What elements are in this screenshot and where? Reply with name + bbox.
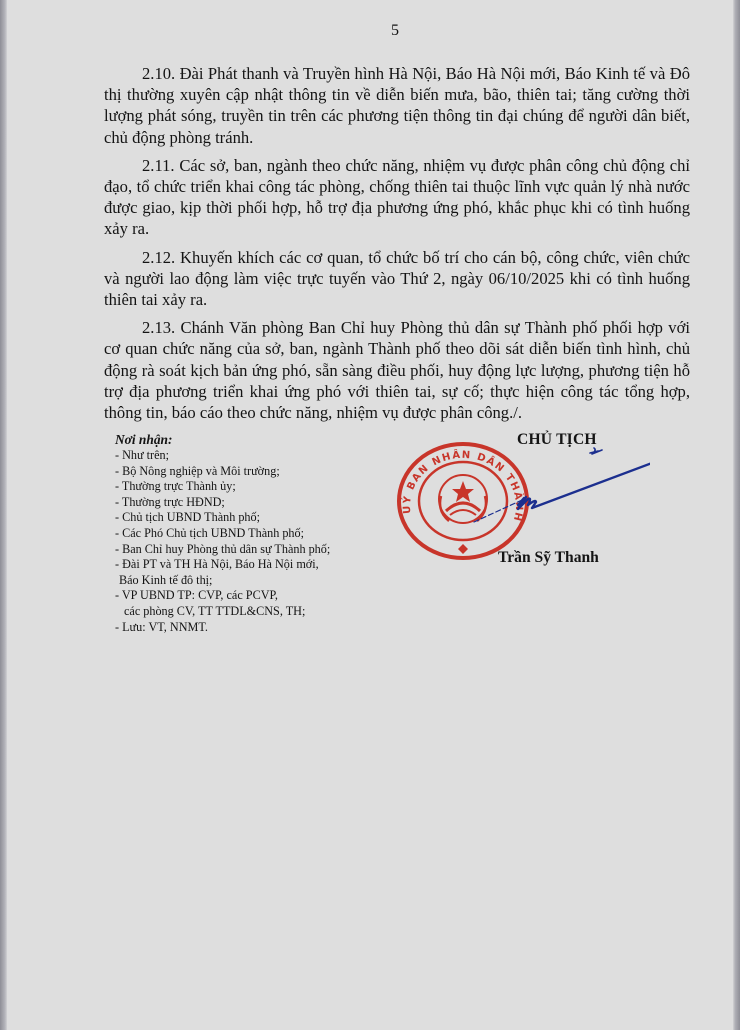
recipient-item: - Đài PT và TH Hà Nội, Báo Hà Nội mới, <box>115 557 385 573</box>
recipient-item: - Ban Chỉ huy Phòng thủ dân sự Thành phố… <box>115 542 385 558</box>
recipients-list: Nơi nhận: - Như trên; - Bộ Nông nghiệp v… <box>115 432 385 635</box>
recipient-item: - Chủ tịch UBND Thành phố; <box>115 510 385 526</box>
document-body: 2.10. Đài Phát thanh và Truyền hình Hà N… <box>104 63 690 430</box>
page-number: 5 <box>0 22 740 40</box>
recipient-item: - Lưu: VT, NNMT. <box>115 620 385 636</box>
page-edge-left <box>0 0 7 1030</box>
paragraph-2-11: 2.11. Các sở, ban, ngành theo chức năng,… <box>104 155 690 240</box>
paragraph-2-13: 2.13. Chánh Văn phòng Ban Chỉ huy Phòng … <box>104 317 690 423</box>
recipient-item-continued: các phòng CV, TT TTDL&CNS, TH; <box>115 604 385 620</box>
recipient-item-continued: Báo Kinh tế đô thị; <box>115 573 385 589</box>
signer-name: Trần Sỹ Thanh <box>498 549 599 567</box>
paragraph-2-12: 2.12. Khuyến khích các cơ quan, tổ chức … <box>104 247 690 311</box>
recipient-item: - Các Phó Chủ tịch UBND Thành phố; <box>115 526 385 542</box>
recipient-item: - VP UBND TP: CVP, các PCVP, <box>115 588 385 604</box>
recipients-title: Nơi nhận: <box>115 432 385 447</box>
recipient-item: - Thường trực HĐND; <box>115 495 385 511</box>
page-edge-right <box>733 0 740 1030</box>
recipient-item: - Bộ Nông nghiệp và Môi trường; <box>115 464 385 480</box>
paragraph-2-10: 2.10. Đài Phát thanh và Truyền hình Hà N… <box>104 63 690 148</box>
recipient-item: - Như trên; <box>115 448 385 464</box>
recipient-item: - Thường trực Thành ủy; <box>115 479 385 495</box>
handwritten-signature-icon <box>470 440 650 530</box>
